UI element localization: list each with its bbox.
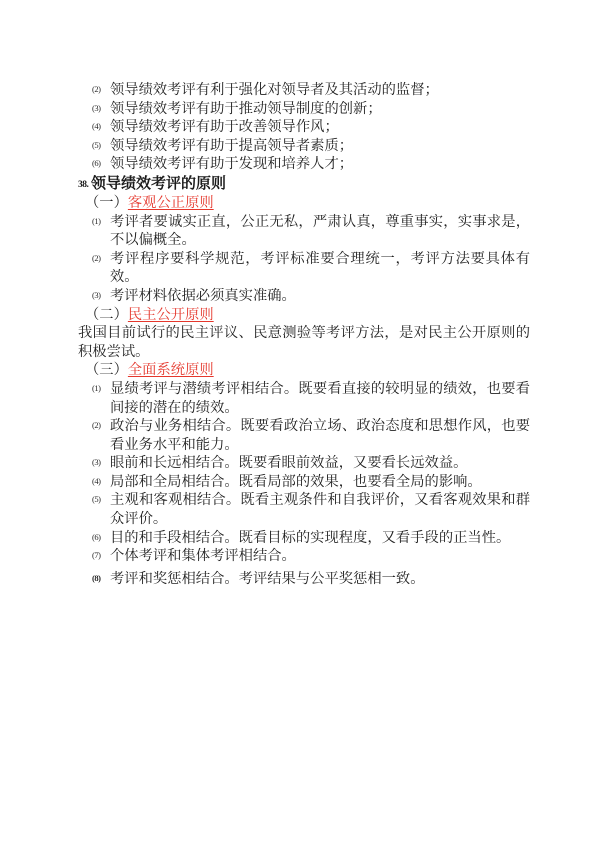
section-heading-number: 38. xyxy=(78,181,88,191)
list-item: (3) 眼前和长远相结合。既要看眼前效益，又要看长远效益。 xyxy=(78,454,530,473)
list-item-text: 考评材料依据必须真实准确。 xyxy=(110,288,296,304)
list-item: (3) 考评材料依据必须真实准确。 xyxy=(78,287,530,306)
list-marker: (3) xyxy=(92,458,100,467)
principles-list-1: (1) 考评者要诚实正直，公正无私，严肃认真，尊重事实，实事求是，不以偏概全。 … xyxy=(78,213,530,306)
list-item-text: 考评程序要科学规范，考评标准要合理统一，考评方法要具体有效。 xyxy=(110,251,530,286)
body-paragraph: 我国目前试行的民主评议、民意测验等考评方法，是对民主公开原则的积极尝试。 xyxy=(78,324,530,361)
list-marker: (2) xyxy=(92,254,100,263)
list-marker: (8) xyxy=(92,574,100,583)
list-item: (6) 领导绩效考评有助于发现和培养人才； xyxy=(78,155,530,174)
subsection-label: （二） xyxy=(85,307,128,323)
list-item-text: 考评者要诚实正直，公正无私，严肃认真，尊重事实，实事求是，不以偏概全。 xyxy=(110,214,530,249)
list-marker: (5) xyxy=(92,141,100,150)
list-marker: (6) xyxy=(92,533,100,542)
list-item-text: 领导绩效考评有助于推动领导制度的创新； xyxy=(110,101,382,117)
list-marker: (4) xyxy=(92,122,100,131)
subsection-label: （三） xyxy=(85,362,128,378)
list-marker: (1) xyxy=(92,217,100,226)
list-item: (2) 考评程序要科学规范，考评标准要合理统一，考评方法要具体有效。 xyxy=(78,250,530,287)
list-marker: (2) xyxy=(92,421,100,430)
list-item-text: 领导绩效考评有助于提高领导者素质； xyxy=(110,138,353,154)
list-marker: (3) xyxy=(92,104,100,113)
list-item-text: 领导绩效考评有助于改善领导作风； xyxy=(110,119,339,135)
list-item: (6) 目的和手段相结合。既看目标的实现程度，又看手段的正当性。 xyxy=(78,529,530,548)
list-item: (4) 领导绩效考评有助于改善领导作风； xyxy=(78,118,530,137)
list-item-text: 局部和全局相结合。既看局部的效果，也要看全局的影响。 xyxy=(110,474,482,490)
list-item: (5) 领导绩效考评有助于提高领导者素质； xyxy=(78,137,530,156)
list-item: (5) 主观和客观相结合。既看主观条件和自我评价，又看客观效果和群众评价。 xyxy=(78,491,530,528)
document-page: (2) 领导绩效考评有利于强化对领导者及其活动的监督； (3) 领导绩效考评有助… xyxy=(0,0,600,849)
subsection-heading: （二）民主公开原则 xyxy=(78,306,530,325)
list-marker: (7) xyxy=(92,551,100,560)
list-item: (7) 个体考评和集体考评相结合。 xyxy=(78,547,530,566)
list-item-text: 眼前和长远相结合。既要看眼前效益，又要看长远效益。 xyxy=(110,455,467,471)
list-marker: (4) xyxy=(92,477,100,486)
subsection-heading: （一）客观公正原则 xyxy=(78,194,530,213)
list-item-text: 领导绩效考评有助于发现和培养人才； xyxy=(110,156,353,172)
list-item-text: 目的和手段相结合。既看目标的实现程度，又看手段的正当性。 xyxy=(110,530,510,546)
list-item: (1) 考评者要诚实正直，公正无私，严肃认真，尊重事实，实事求是，不以偏概全。 xyxy=(78,213,530,250)
list-item: (2) 领导绩效考评有利于强化对领导者及其活动的监督； xyxy=(78,81,530,100)
list-item-text: 领导绩效考评有利于强化对领导者及其活动的监督； xyxy=(110,82,439,98)
subsection-label: （一） xyxy=(85,195,128,211)
subsection-title: 全面系统原则 xyxy=(128,362,214,378)
subsection-heading: （三）全面系统原则 xyxy=(78,361,530,380)
list-marker: (5) xyxy=(92,495,100,504)
list-item: (1) 显绩考评与潜绩考评相结合。既要看直接的较明显的绩效，也要看间接的潜在的绩… xyxy=(78,380,530,417)
benefits-list: (2) 领导绩效考评有利于强化对领导者及其活动的监督； (3) 领导绩效考评有助… xyxy=(78,81,530,174)
list-item-text: 主观和客观相结合。既看主观条件和自我评价，又看客观效果和群众评价。 xyxy=(110,492,530,527)
list-item: (2) 政治与业务相结合。既要看政治立场、政治态度和思想作风，也要看业务水平和能… xyxy=(78,417,530,454)
subsection-title: 客观公正原则 xyxy=(128,195,214,211)
list-item: (8) 考评和奖惩相结合。考评结果与公平奖惩相一致。 xyxy=(78,570,530,589)
list-item-text: 显绩考评与潜绩考评相结合。既要看直接的较明显的绩效，也要看间接的潜在的绩效。 xyxy=(110,381,530,416)
document-content: (2) 领导绩效考评有利于强化对领导者及其活动的监督； (3) 领导绩效考评有助… xyxy=(78,81,530,588)
section-heading-title: 领导绩效考评的原则 xyxy=(91,176,226,192)
list-item-text: 个体考评和集体考评相结合。 xyxy=(110,548,296,564)
list-item-text: 考评和奖惩相结合。考评结果与公平奖惩相一致。 xyxy=(110,571,425,587)
list-marker: (2) xyxy=(92,85,100,94)
list-item: (3) 领导绩效考评有助于推动领导制度的创新； xyxy=(78,100,530,119)
section-heading: 38. 领导绩效考评的原则 xyxy=(78,174,530,194)
list-marker: (3) xyxy=(92,291,100,300)
list-item: (4) 局部和全局相结合。既看局部的效果，也要看全局的影响。 xyxy=(78,473,530,492)
list-item-text: 政治与业务相结合。既要看政治立场、政治态度和思想作风，也要看业务水平和能力。 xyxy=(110,418,530,453)
list-marker: (6) xyxy=(92,159,100,168)
subsection-title: 民主公开原则 xyxy=(128,307,214,323)
list-marker: (1) xyxy=(92,384,100,393)
principles-list-3: (1) 显绩考评与潜绩考评相结合。既要看直接的较明显的绩效，也要看间接的潜在的绩… xyxy=(78,380,530,589)
